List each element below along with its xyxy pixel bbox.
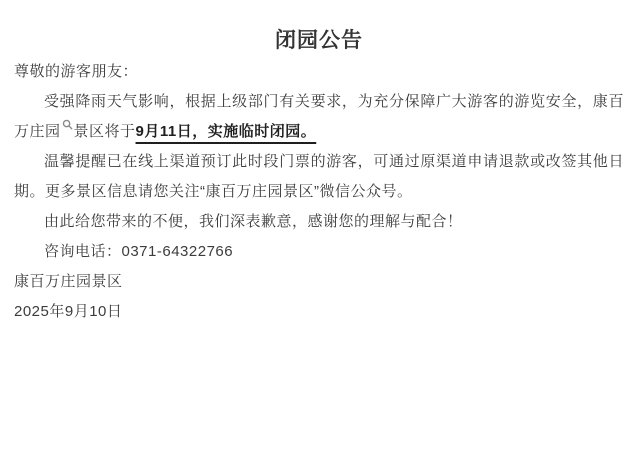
salutation: 尊敬的游客朋友： [14, 57, 624, 87]
notice-date: 2025年9月10日 [14, 297, 624, 327]
paragraph-phone: 咨询电话：0371-64322766 [14, 237, 624, 267]
closure-date-highlight: 9月11日，实施临时闭园。 [136, 123, 317, 140]
paragraph-refund: 温馨提醒已在线上渠道预订此时段门票的游客，可通过原渠道申请退款或改签其他日期。更… [14, 147, 624, 207]
closure-text-middle: 景区将于 [74, 123, 136, 140]
signature: 康百万庄园景区 [14, 267, 624, 297]
paragraph-closure: 受强降雨天气影响，根据上级部门有关要求，为充分保障广大游客的游览安全，康百万庄园… [14, 87, 624, 147]
paragraph-apology: 由此给您带来的不便，我们深表歉意，感谢您的理解与配合！ [14, 207, 624, 237]
notice-title: 闭园公告 [14, 28, 624, 57]
notice-page: 闭园公告 尊敬的游客朋友： 受强降雨天气影响，根据上级部门有关要求，为充分保障广… [0, 0, 640, 455]
search-icon[interactable] [62, 119, 73, 130]
